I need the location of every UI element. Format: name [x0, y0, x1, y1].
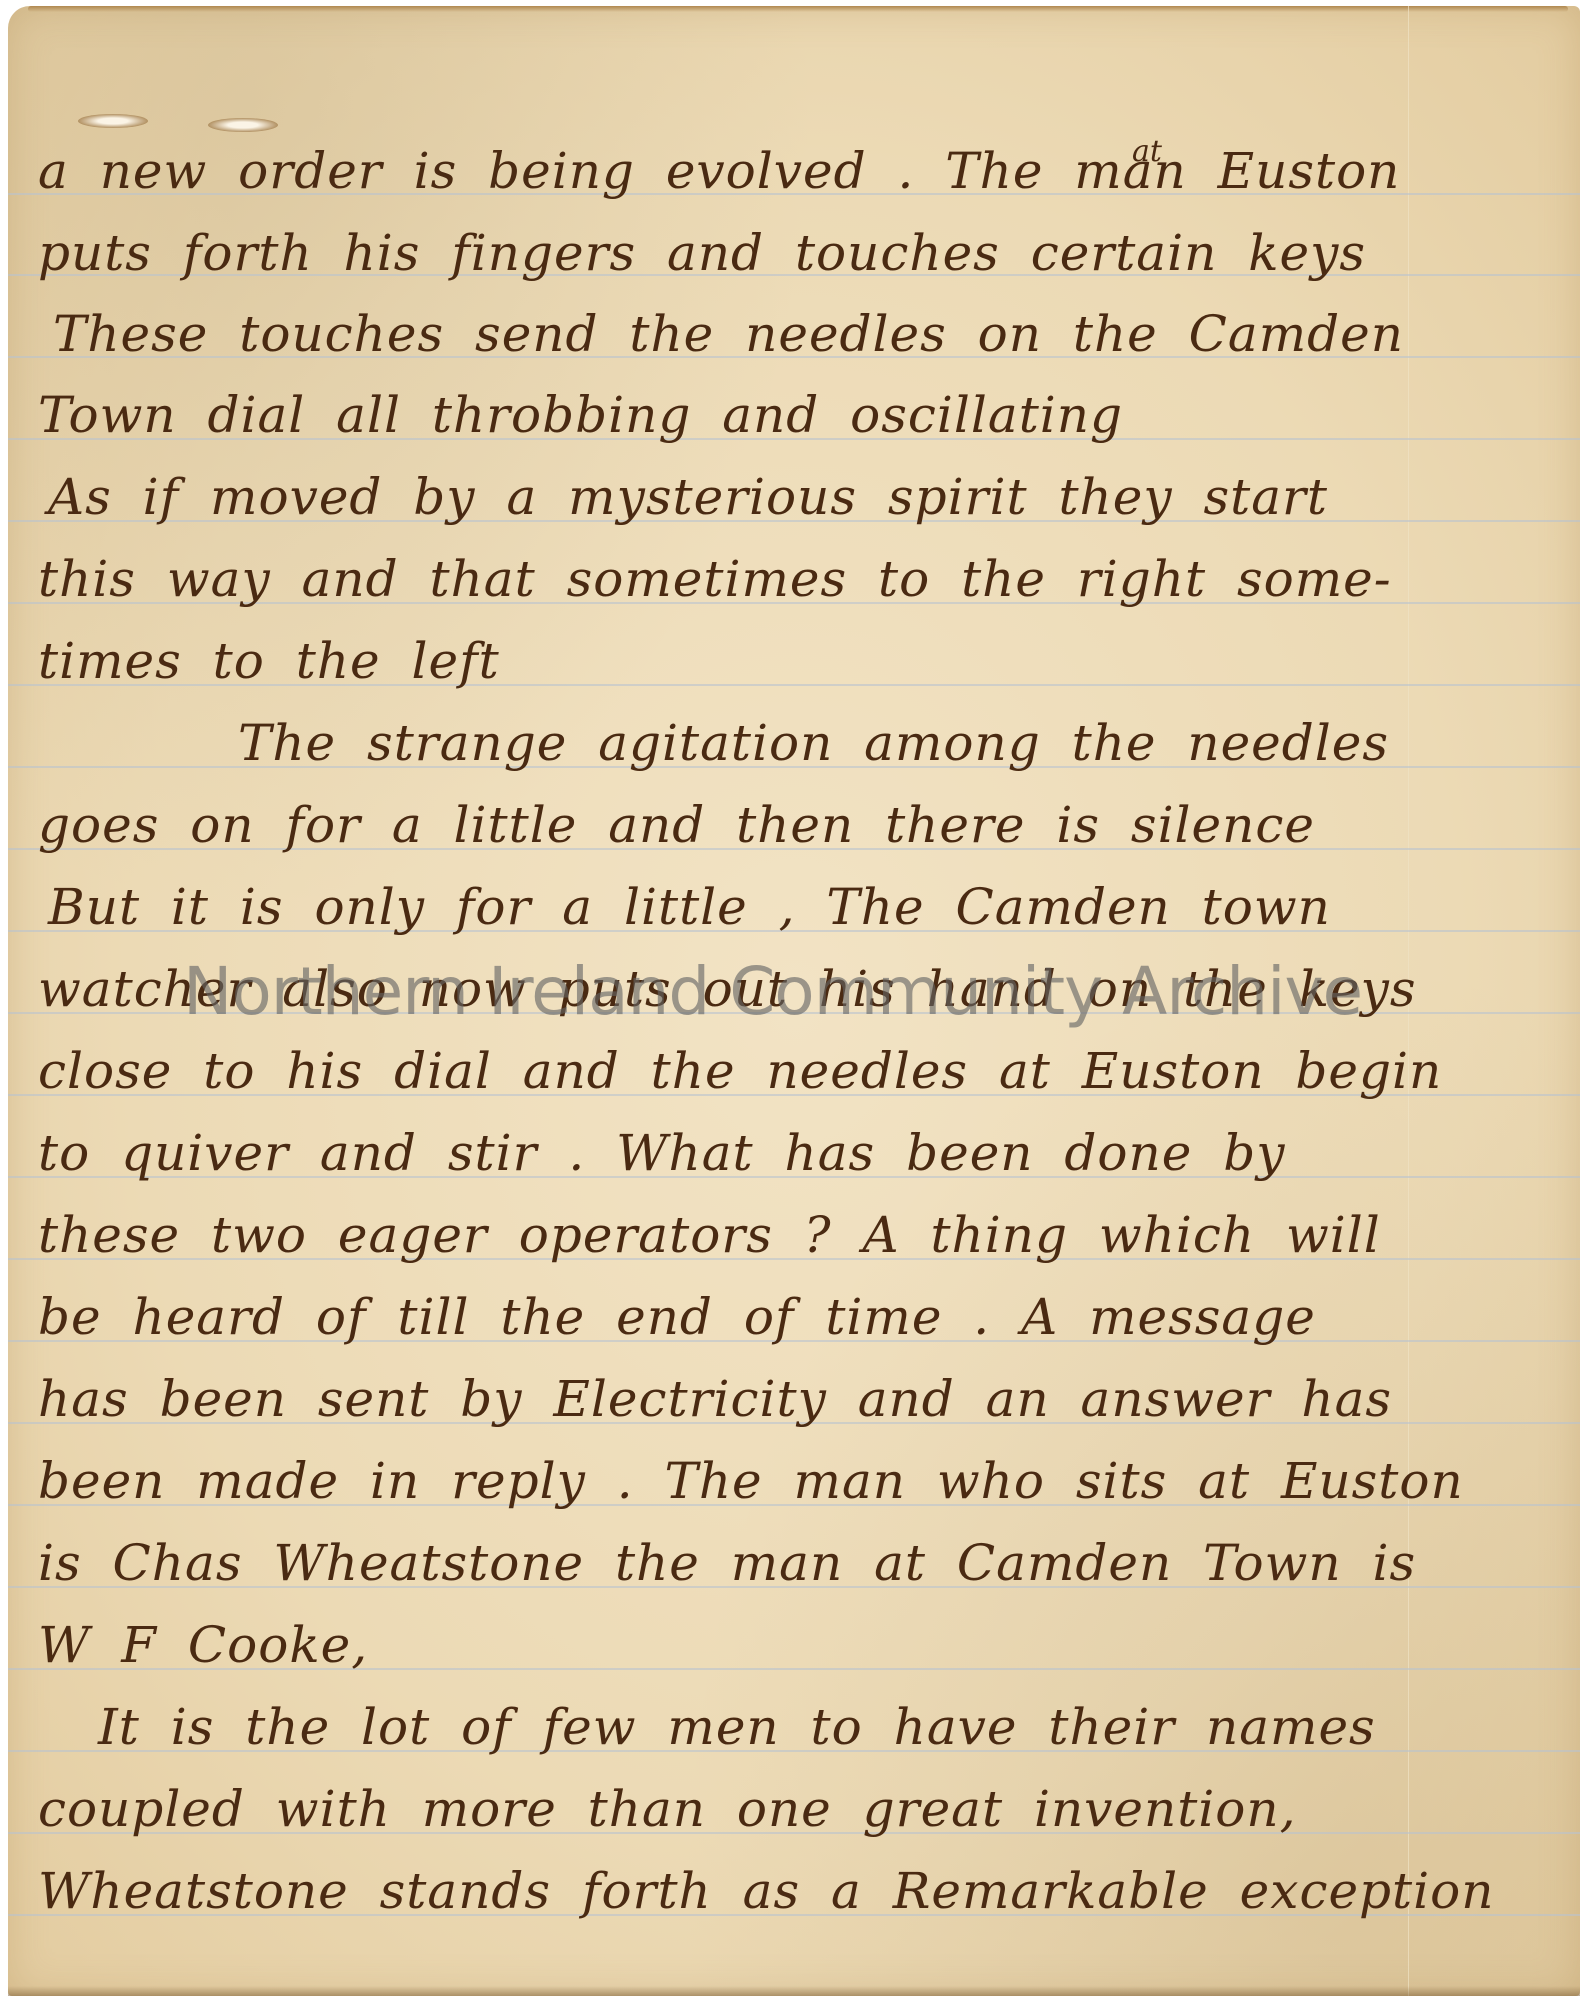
text-line-3: These touches send the needles on the Ca…	[53, 309, 1404, 359]
insertion-at: at	[1132, 134, 1162, 169]
text-line-14: these two eager operators ? A thing whic…	[38, 1210, 1381, 1260]
text-line-8-paragraph-start: The strange agitation among the needles	[238, 718, 1389, 768]
text-line-12: close to his dial and the needles at Eus…	[38, 1046, 1442, 1096]
text-line-11: watcher also now puts out his hand on th…	[38, 964, 1417, 1014]
text-line-1: a new order is being evolved . The man E…	[38, 146, 1400, 196]
text-line-17: been made in reply . The man who sits at…	[38, 1456, 1464, 1506]
paper-bottom-edge	[8, 1986, 1580, 1996]
manuscript-page: a new order is being evolved . The man E…	[8, 6, 1580, 1996]
text-line-10: But it is only for a little , The Camden…	[48, 882, 1331, 932]
text-line-2: puts forth his fingers and touches certa…	[38, 228, 1366, 278]
text-line-22: Wheatstone stands forth as a Remarkable …	[38, 1866, 1494, 1916]
text-line-13: to quiver and stir . What has been done …	[38, 1128, 1285, 1178]
punched-hole	[208, 118, 278, 132]
text-line-20-paragraph-start: It is the lot of few men to have their n…	[98, 1702, 1376, 1752]
text-line-5: As if moved by a mysterious spirit they …	[48, 472, 1328, 522]
text-line-4: Town dial all throbbing and oscillating	[38, 390, 1123, 440]
text-line-21: coupled with more than one great inventi…	[38, 1784, 1296, 1834]
text-line-19: W F Cooke,	[38, 1620, 368, 1670]
punched-hole	[78, 114, 148, 128]
text-line-9: goes on for a little and then there is s…	[38, 800, 1315, 850]
text-line-6: this way and that sometimes to the right…	[38, 554, 1392, 604]
paper-top-edge	[28, 6, 1568, 12]
text-line-7: times to the left	[38, 636, 500, 686]
text-line-18: is Chas Wheatstone the man at Camden Tow…	[38, 1538, 1416, 1588]
text-line-16: has been sent by Electricity and an answ…	[38, 1374, 1392, 1424]
text-line-15: be heard of till the end of time . A mes…	[38, 1292, 1316, 1342]
